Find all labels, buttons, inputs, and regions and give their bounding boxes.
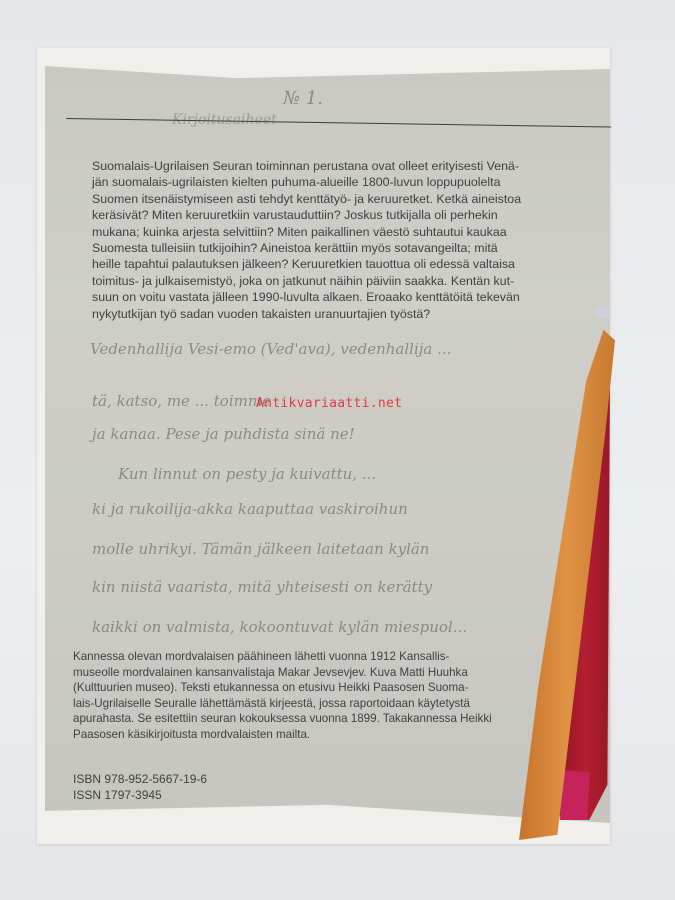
blurb-line: mukana; kuinka arjesta selvittiin? Miten…: [92, 224, 607, 240]
blurb-line: Suomen itsenäistymiseen asti tehdyt kent…: [92, 191, 607, 207]
blurb-text: Suomalais-Ugrilaisen Seuran toiminnan pe…: [92, 158, 607, 322]
handwriting-line: Vedenhallija Vesi-emo (Ved'ava), vedenha…: [90, 340, 451, 358]
pink-ribbon-end: [560, 770, 590, 820]
watermark-text: Antikvariaatti.net: [256, 396, 402, 411]
manuscript-heading: № 1.: [283, 88, 323, 109]
handwriting-line: ki ja rukoilija-akka kaaputtaa vaskiroih…: [92, 500, 408, 518]
caption-line: museolle mordvalainen kansanvalistaja Ma…: [73, 665, 533, 681]
handwriting-line: ja kanaa. Pese ja puhdista sinä ne!: [92, 425, 355, 443]
caption-line: (Kulttuurien museo). Teksti etukannessa …: [73, 680, 533, 696]
issn: ISSN 1797-3945: [73, 787, 207, 803]
publication-ids: ISBN 978-952-5667-19-6 ISSN 1797-3945: [73, 771, 207, 803]
blurb-line: heille tapahtui palautuksen jälkeen? Ker…: [92, 256, 607, 272]
cover-caption: Kannessa olevan mordvalaisen päähineen l…: [73, 649, 533, 743]
handwriting-line: kin niistä vaarista, mitä yhteisesti on …: [92, 578, 432, 596]
blurb-line: nykytutkijan työ sadan vuoden takaisten …: [92, 306, 607, 322]
handwriting-line: tä, katso, me ... toimme: [92, 392, 271, 410]
caption-line: Paasosen käsikirjoitusta mordvalaisten m…: [73, 727, 533, 743]
blurb-line: Suomesta tulleisiin tutkijoihin? Aineist…: [92, 240, 607, 256]
caption-line: Kannessa olevan mordvalaisen päähineen l…: [73, 649, 533, 665]
manuscript-subheading: Kirjoitusaiheet: [172, 112, 277, 128]
handwriting-line: molle uhrikyi. Tämän jälkeen laitetaan k…: [92, 540, 429, 558]
isbn: ISBN 978-952-5667-19-6: [73, 771, 207, 787]
blurb-line: jän suomalais-ugrilaisten kielten puhuma…: [92, 174, 607, 190]
blurb-line: keräsivät? Miten keruuretkiin varustaudu…: [92, 207, 607, 223]
blurb-line: Suomalais-Ugrilaisen Seuran toiminnan pe…: [92, 158, 607, 174]
handwriting-line: Kun linnut on pesty ja kuivattu, ...: [118, 465, 376, 483]
blurb-line: toimitus- ja julkaisemistyö, joka on jat…: [92, 273, 607, 289]
caption-line: lais-Ugrilaiselle Seuralle lähettämästä …: [73, 696, 533, 712]
blurb-line: suun on voitu vastata jälleen 1990-luvul…: [92, 289, 607, 305]
caption-line: apurahasta. Se esitettiin seuran kokouks…: [73, 711, 533, 727]
ribbon-tab: [595, 305, 611, 319]
handwriting-line: kaikki on valmista, kokoontuvat kylän mi…: [92, 618, 467, 636]
